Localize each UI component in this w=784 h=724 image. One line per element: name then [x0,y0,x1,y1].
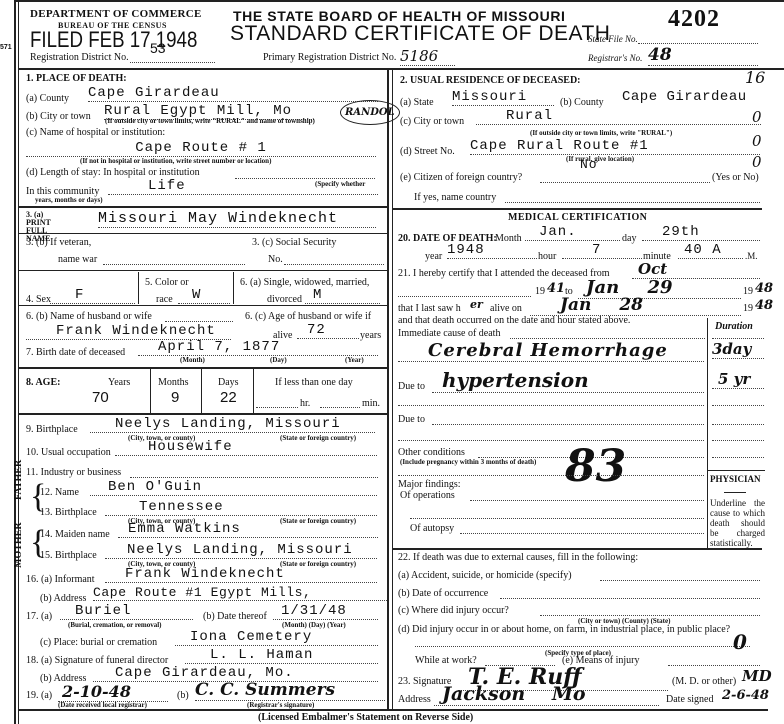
spouse-label-field [165,321,233,322]
birth-month-hint: (Month) [180,356,205,364]
veteran-divider [18,270,387,271]
hospital-note: (If not in hospital or institution, writ… [80,157,271,165]
due-to-2-extra-line [398,440,704,441]
res-citizen-value: No [580,157,598,172]
external-a-label: (a) Accident, suicide, or homicide (spec… [398,570,572,581]
footer-divider [18,709,768,711]
date-signed-label: Date signed [666,694,714,705]
due-to-2-label: Due to [398,414,425,425]
duration-field-3 [712,424,764,425]
external-d-label: (d) Did injury occur in or about home, o… [398,624,730,635]
divorced-label: divorced [267,294,302,305]
age-hr-label: hr. [300,398,310,409]
registrar-value: 48 [648,45,758,66]
race-value: W [178,287,230,304]
last-saw-label: that I last saw h [398,303,461,314]
duration-divider [707,318,708,548]
physician-rule [724,492,746,493]
death-month-value: Jan. [525,224,620,241]
burial-place-value: Iona Cemetery [175,629,378,646]
filed-stamp-extra: 53 [150,40,166,56]
left-border-inner [18,0,19,724]
duration-field-5 [712,457,764,458]
physician-note: Underline the cause to which death shoul… [710,498,765,548]
other-conditions-note: (Include pregnancy within 3 months of de… [400,458,536,466]
received-date-value: 2-10-48 [58,682,168,702]
last-saw-year-prefix: 19 [743,303,753,314]
due-to-2-field [432,424,704,425]
place-of-death-title: 1. PLACE OF DEATH: [26,73,127,84]
external-c-field [540,615,760,616]
external-d-field [415,646,750,647]
res-county-value: Cape Girardeau [622,89,747,105]
res-street-label: (d) Street No. [400,146,455,157]
duration-field-2 [712,405,764,406]
department-label: DEPARTMENT OF COMMERCE [30,8,202,20]
attend-to-year: 48 [755,281,773,296]
res-margin-mark-1: 0 [752,108,762,126]
attend-from-year: 41 [547,281,565,296]
age-divider-3 [253,368,254,413]
attend-to-year-prefix: 19 [743,286,753,297]
res-county-label: (b) County [560,97,604,108]
address-label: Address [398,694,431,705]
city-label: (b) City or town [26,111,91,122]
res-state-value: Missouri [452,89,554,106]
autopsy-field [460,533,704,534]
last-saw-date: Jan 28 [530,295,741,316]
sex-label: 4. Sex [26,294,51,305]
last-saw-year: 48 [755,298,773,313]
external-c-label: (c) Where did injury occur? [398,605,509,616]
res-citizen-field [540,182,710,183]
informant-address-value: Cape Route #1 Egypt Mills, [93,585,387,601]
state-file-number: 4202 [668,6,720,33]
sex-value: F [50,287,135,304]
death-hour-value: 7 [562,242,642,259]
age-days-label: Days [218,377,239,388]
other-extra-line [398,475,704,476]
age-divider [18,413,387,415]
occupation-value: Housewife [115,439,377,456]
md-label: (M. D. or other) [672,676,736,687]
burial-place-label: (c) Place: burial or cremation [40,637,157,648]
due-to-1-duration: 5 yr [712,370,764,389]
res-citizen-label: (e) Citizen of foreign country? [400,172,522,183]
alive-on-label: alive on [490,303,522,314]
registration-district-label: Registration District No. [30,52,129,63]
res-margin-mark-2: 0 [752,132,762,150]
md-value: MD [742,667,772,685]
age-less-label: If less than one day [275,377,353,388]
residence-title: 2. USUAL RESIDENCE OF DECEASED: [400,75,581,86]
spouse-age-value: 72 [297,322,359,339]
date-signed-value: 2-6-48 [722,688,769,703]
major-findings-label: Major findings: [398,479,461,490]
state-file-field [638,43,758,44]
registrar-sig-hint: (Registrar's signature) [247,701,314,709]
age-min-field [320,407,360,408]
director-value: L. L. Haman [185,647,378,664]
external-margin-mark: 0 [733,630,747,654]
operations-extra-line [410,518,704,519]
stay-label: (d) Length of stay: In hospital or insti… [26,167,200,178]
res-country-label: If yes, name country [414,192,496,203]
industry-field [130,477,378,478]
due-to-1-label: Due to [398,381,425,392]
occurred-label: and that death occurred on the date and … [398,315,630,326]
external-b-field [500,598,760,599]
duration-field-4 [712,440,764,441]
means-of-injury-field [668,665,760,666]
age-divider-1 [150,368,151,413]
father-name-label: 12. Name [40,487,79,498]
hospital-value: Cape Route # 1 [26,140,376,157]
place-divider [18,206,387,208]
spouse-age-label: 6. (c) Age of husband or wife if [245,311,371,322]
city-note: (If outside city or town limits, write "… [105,117,315,125]
death-minute-value: 40 A [678,242,743,259]
veteran-war-label: name war [58,254,97,265]
mother-name-value: Emma Watkins [118,521,378,538]
header-divider [18,68,784,70]
age-days-value: 22 [220,389,237,406]
death-year-value: 1948 [447,242,537,259]
age-divider-2 [201,368,202,413]
age-months-label: Months [158,377,189,388]
certificate-title: STANDARD CERTIFICATE OF DEATH [230,22,610,46]
death-hour-label: hour [538,251,556,262]
res-state-label: (a) State [400,97,434,108]
age-hr-field [256,407,298,408]
occupation-label: 10. Usual occupation [26,447,111,458]
physician-box-top [707,470,765,471]
age-years-label: Years [108,377,130,388]
other-conditions-label: Other conditions [398,447,465,458]
disposition-hint: (Burial, cremation, or removal) [68,621,162,629]
disposition-label: 17. (a) [26,611,52,622]
res-citizen-hint: (Yes or No) [712,172,759,183]
death-day-value: 29th [642,224,760,241]
immediate-cause-duration: 3day [712,340,764,359]
township-annotation: RANDOL [340,100,400,125]
res-street-note: (If rural, give location) [566,155,634,163]
res-street-value: Cape Rural Route #1 [470,138,760,155]
res-city-label: (c) City or town [400,116,464,127]
community-value: Life [108,178,378,195]
external-title: 22. If death was due to external causes,… [398,552,638,563]
filed-stamp: FILED FEB 17 1948 [30,27,197,53]
race-label: race [156,294,173,305]
birthplace-label: 9. Birthplace [26,424,78,435]
ssn-no-label: No. [268,254,283,265]
burial-date-value: 1/31/48 [273,603,378,620]
spouse-label: 6. (b) Name of husband or wife [26,311,152,322]
industry-label: 11. Industry or business [26,467,121,478]
column-divider-inner [392,70,393,710]
full-name-value: Missouri May Windeknecht [98,210,376,228]
residence-divider [392,208,762,210]
res-city-value: Rural [476,108,761,125]
primary-district-label: Primary Registration District No. [263,52,396,63]
medical-divider [392,548,762,550]
ssn-label: 3. (c) Social Security [252,237,336,248]
age-years-value: 70 [92,389,109,406]
father-birth-label: 13. Birthplace [40,507,97,518]
mother-name-label: 14. Maiden name [40,529,110,540]
physician-title: PHYSICIAN [710,474,761,484]
death-year-label: year [425,251,442,262]
res-margin-mark-3: 0 [752,153,762,171]
registrar-signature: C. C. Summers [195,680,385,701]
operations-field [470,500,704,501]
county-value: Cape Girardeau [88,85,378,102]
hospital-label: (c) Name of hospital or institution: [26,127,165,138]
residence-margin-code: 16 [745,68,765,87]
received-hint: (Date received local registrar) [58,701,147,709]
name-divider [18,233,387,234]
attend-from-field [398,296,531,297]
sex-row-divider [18,305,387,306]
age-label: 8. AGE: [26,377,60,388]
top-border [14,0,784,2]
state-file-label: State File No. [588,34,638,44]
veteran-label: 3. (b) If veteran, [26,237,91,248]
informant-label: 16. (a) Informant [26,574,95,585]
immediate-cause-field [510,338,705,339]
registration-district-field [130,62,215,63]
primary-district-value: 5186 [400,47,455,66]
father-birth-value: Tennessee [105,499,377,516]
margin-number: 571 [0,44,12,51]
informant-value: Frank Windeknecht [105,566,377,583]
race-divider [233,272,234,304]
community-note: years, months or days) [35,196,103,204]
sex-divider [138,272,139,304]
autopsy-label: Of autopsy [410,523,454,534]
due-to-1-value: hypertension [432,368,704,393]
birth-divider [18,367,387,369]
received-label: 19. (a) [26,690,52,701]
father-name-value: Ben O'Guin [90,479,377,496]
disposition-value: Buriel [60,603,193,620]
due-to-1-extra-line [398,405,704,406]
operations-label: Of operations [400,490,455,501]
registrar-sig-label: (b) [177,690,189,701]
county-label: (a) County [26,93,69,104]
registrar-label: Registrar's No. [588,53,642,63]
birth-day-hint: (Day) [270,356,287,364]
medical-title: MEDICAL CERTIFICATION [508,212,647,223]
duration-field-0 [712,338,764,339]
birth-year-hint: (Year) [345,356,364,364]
physician-address: Jackson Mo [434,683,659,706]
external-b-label: (b) Date of occurrence [398,588,488,599]
external-a-field [600,580,760,581]
immediate-cause-label: Immediate cause of death [398,328,500,339]
burial-date-hint: (Month) (Day) (Year) [282,621,346,629]
footer-note: (Licensed Embalmer's Statement on Revers… [258,712,473,723]
ssn-field [284,264,384,265]
mother-side-label: MOTHER [13,522,24,568]
mother-birth-label: 15. Birthplace [40,550,97,561]
age-min-label: min. [362,398,380,409]
birth-label: 7. Birth date of deceased [26,347,125,358]
duration-label: Duration [715,321,753,332]
birthplace-value: Neelys Landing, Missouri [90,416,375,433]
marital-value: M [305,287,380,304]
mother-birth-value: Neelys Landing, Missouri [105,542,377,559]
burial-date-label: (b) Date thereof [203,611,267,622]
father-side-label: FATHER [13,460,24,500]
res-country-field [505,202,760,203]
spouse-value: Frank Windeknecht [26,323,231,340]
column-divider [387,70,389,710]
immediate-cause-value: Cerebral Hemorrhage [398,340,704,362]
last-saw-suffix: er [470,298,483,311]
res-city-note: (If outside city or town limits, write "… [530,129,672,137]
left-border [14,0,16,724]
code-mark: 83 [565,445,626,489]
age-months-value: 9 [171,389,179,406]
veteran-war-field [103,264,245,265]
birth-value: April 7, 1877 [138,339,378,356]
